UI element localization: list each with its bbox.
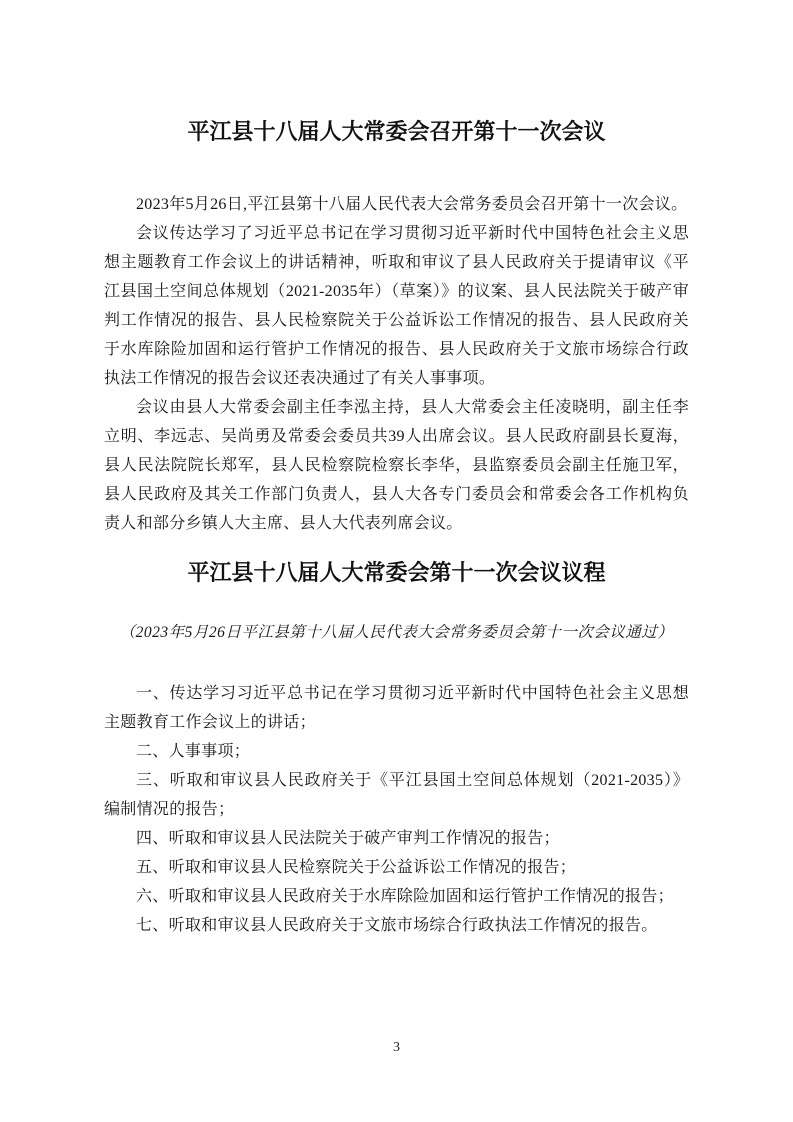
- article1-body: 2023年5月26日,平江县第十八届人民代表大会常务委员会召开第十一次会议。会议…: [104, 190, 689, 538]
- article1-title: 平江县十八届人大常委会召开第十一次会议: [0, 117, 793, 147]
- agenda-item: 一、传达学习习近平总书记在学习贯彻习近平新时代中国特色社会主义思想主题教育工作会…: [104, 679, 689, 737]
- document-page: 平江县十八届人大常委会召开第十一次会议 2023年5月26日,平江县第十八届人民…: [0, 0, 793, 1122]
- article2-title: 平江县十八届人大常委会第十一次会议议程: [0, 558, 793, 588]
- article1-paragraph: 2023年5月26日,平江县第十八届人民代表大会常务委员会召开第十一次会议。: [104, 190, 689, 219]
- article1-paragraph: 会议由县人大常委会副主任李泓主持，县人大常委会主任凌晓明，副主任李立明、李远志、…: [104, 393, 689, 538]
- agenda-item: 四、听取和审议县人民法院关于破产审判工作情况的报告；: [104, 824, 689, 853]
- agenda-item: 三、听取和审议县人民政府关于《平江县国土空间总体规划（2021-2035）》编制…: [104, 766, 689, 824]
- agenda-item: 二、人事事项；: [104, 737, 689, 766]
- article1-paragraph: 会议传达学习了习近平总书记在学习贯彻习近平新时代中国特色社会主义思想主题教育工作…: [104, 219, 689, 393]
- agenda-item: 七、听取和审议县人民政府关于文旅市场综合行政执法工作情况的报告。: [104, 911, 689, 940]
- page-number: 3: [0, 1038, 793, 1058]
- agenda-list: 一、传达学习习近平总书记在学习贯彻习近平新时代中国特色社会主义思想主题教育工作会…: [104, 679, 689, 940]
- agenda-item: 五、听取和审议县人民检察院关于公益诉讼工作情况的报告；: [104, 853, 689, 882]
- article2-subtitle: （2023年5月26日平江县第十八届人民代表大会常务委员会第十一次会议通过）: [0, 621, 793, 645]
- agenda-item: 六、听取和审议县人民政府关于水库除险加固和运行管护工作情况的报告；: [104, 882, 689, 911]
